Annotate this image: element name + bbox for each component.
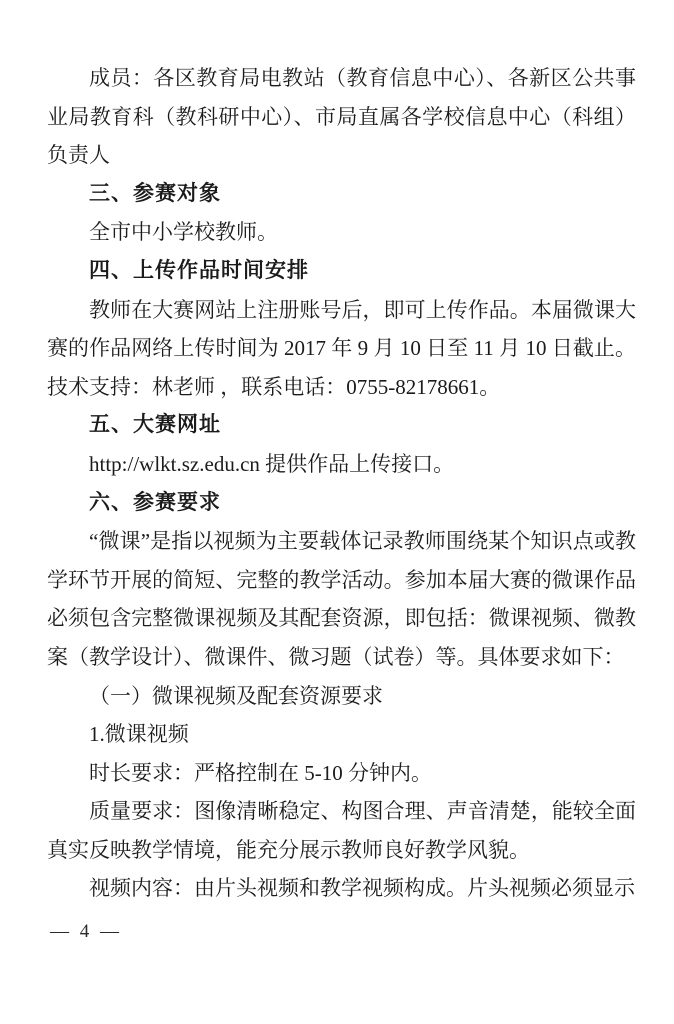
paragraph-quality-requirement: 质量要求：图像清晰稳定、构图合理、声音清楚，能较全面真实反映教学情境，能充分展示… bbox=[47, 792, 636, 869]
paragraph-upload-schedule: 教师在大赛网站上注册账号后，即可上传作品。本届微课大赛的作品网络上传时间为 20… bbox=[47, 291, 636, 407]
paragraph-website-url: http://wlkt.sz.edu.cn 提供作品上传接口。 bbox=[47, 445, 636, 484]
heading-section-5-website: 五、大赛网址 bbox=[47, 406, 636, 445]
paragraph-video-content: 视频内容：由片头视频和教学视频构成。片头视频必须显示 bbox=[47, 869, 636, 908]
heading-section-6-requirements: 六、参赛要求 bbox=[47, 484, 636, 523]
paragraph-duration-requirement: 时长要求：严格控制在 5-10 分钟内。 bbox=[47, 754, 636, 793]
document-page: 成员：各区教育局电教站（教育信息中心）、各新区公共事业局教育科（教科研中心）、市… bbox=[47, 59, 636, 908]
page-number: — 4 — bbox=[50, 919, 122, 945]
paragraph-microlecture-definition: “微课”是指以视频为主要载体记录教师围绕某个知识点或教学环节开展的简短、完整的教… bbox=[47, 522, 636, 676]
paragraph-committee-members: 成员：各区教育局电教站（教育信息中心）、各新区公共事业局教育科（教科研中心）、市… bbox=[47, 59, 636, 175]
subheading-video-resource-requirements: （一）微课视频及配套资源要求 bbox=[47, 677, 636, 716]
paragraph-item-1-micro-video: 1.微课视频 bbox=[47, 715, 636, 754]
heading-section-3-participants: 三、参赛对象 bbox=[47, 175, 636, 214]
paragraph-participants: 全市中小学校教师。 bbox=[47, 213, 636, 252]
heading-section-4-upload-schedule: 四、上传作品时间安排 bbox=[47, 252, 636, 291]
